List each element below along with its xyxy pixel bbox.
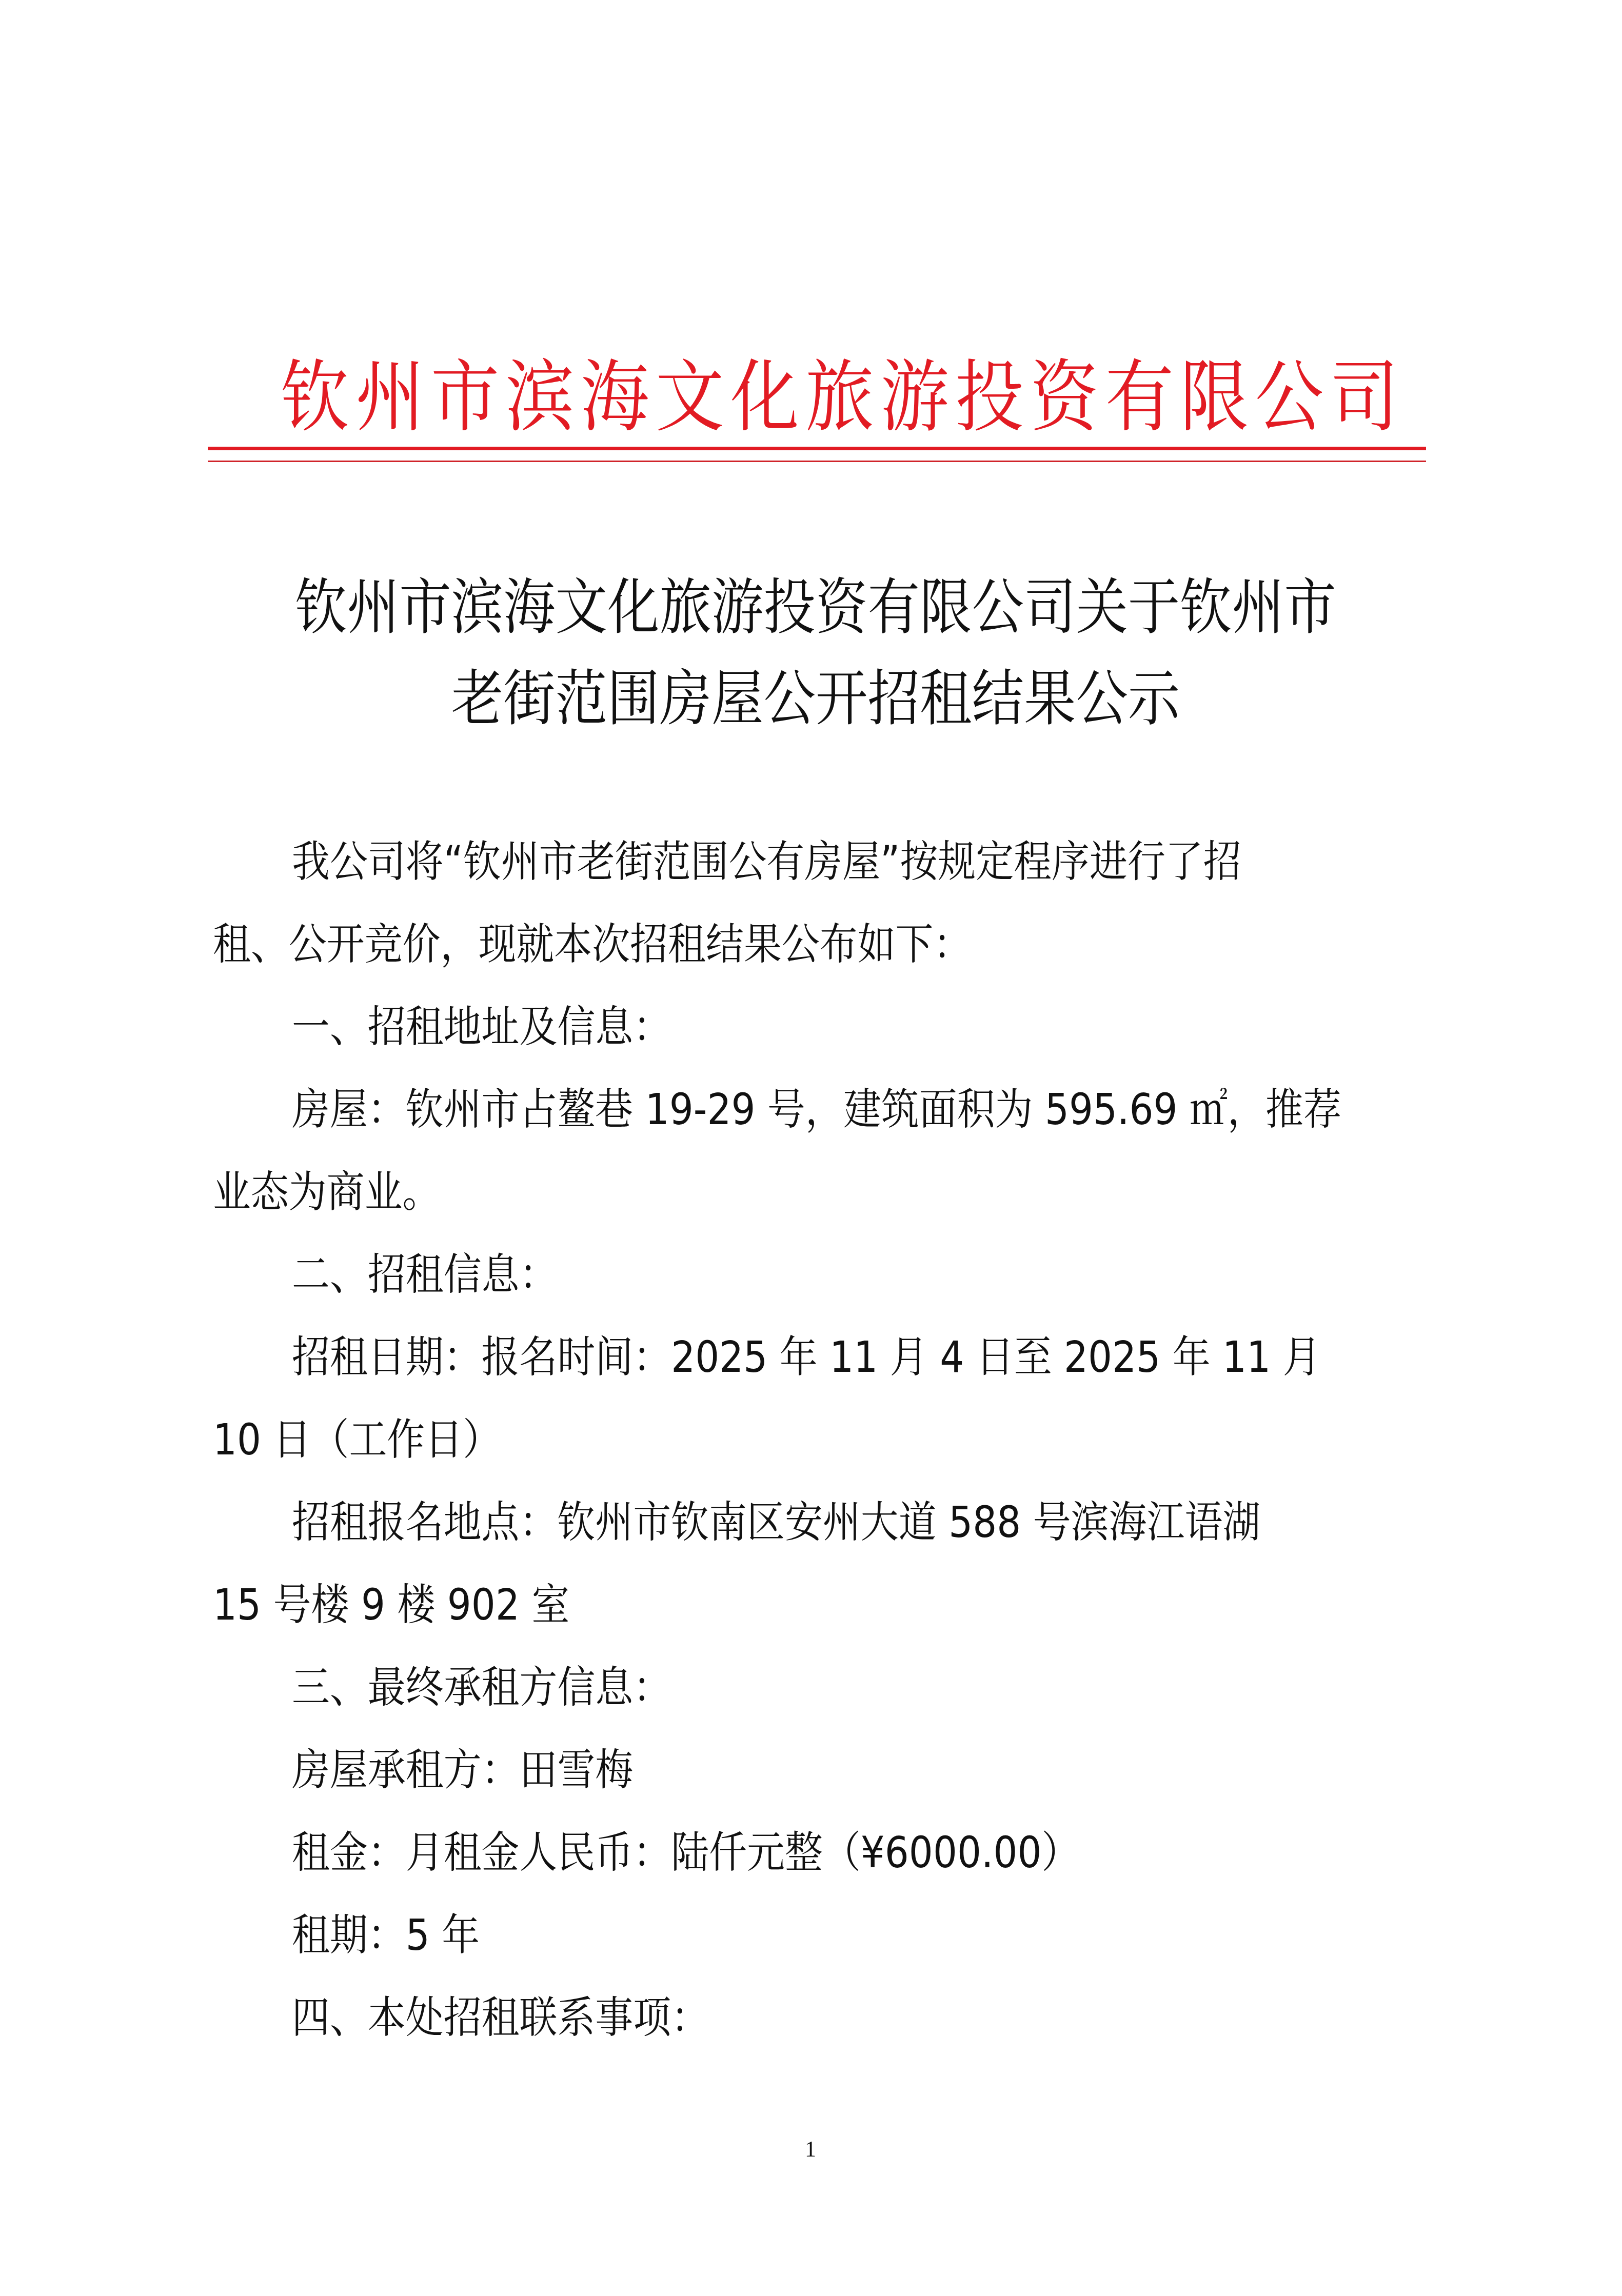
- house-info-line-2: 业态为商业。: [213, 1151, 1287, 1233]
- section-2-heading: 二、招租信息：: [213, 1233, 1287, 1316]
- letterhead: 钦州市滨海文化旅游投资有限公司: [208, 354, 1426, 441]
- section-3-heading: 三、最终承租方信息：: [213, 1646, 1287, 1729]
- house-info-line-1: 房屋：钦州市占鳌巷 19-29 号，建筑面积为 595.69 ㎡，推荐: [213, 1068, 1287, 1151]
- tenant-line: 房屋承租方：田雪梅: [213, 1729, 1287, 1811]
- letterhead-rule-thin: [208, 461, 1426, 462]
- document-title-line-2: 老街范围房屋公开招租结果公示: [286, 653, 1345, 744]
- intro-paragraph-line-1: 我公司将“钦州市老街范围公有房屋”按规定程序进行了招: [213, 821, 1287, 903]
- registration-location-line-1: 招租报名地点：钦州市钦南区安州大道 588 号滨海江语湖: [213, 1481, 1287, 1564]
- document-body: 我公司将“钦州市老街范围公有房屋”按规定程序进行了招 租、公开竞价，现就本次招租…: [213, 821, 1434, 2059]
- rental-date-line-2: 10 日（工作日）: [213, 1399, 1287, 1481]
- rental-date-line-1: 招租日期：报名时间：2025 年 11 月 4 日至 2025 年 11 月: [213, 1316, 1287, 1399]
- section-4-heading: 四、本处招租联系事项：: [213, 1976, 1287, 2059]
- document-page: 钦州市滨海文化旅游投资有限公司 钦州市滨海文化旅游投资有限公司关于钦州市 老街范…: [0, 0, 1622, 2296]
- document-title-line-1: 钦州市滨海文化旅游投资有限公司关于钦州市: [286, 562, 1345, 653]
- rent-line: 租金：月租金人民币：陆仟元整（¥6000.00）: [213, 1811, 1287, 1894]
- intro-paragraph-line-2: 租、公开竞价，现就本次招租结果公布如下：: [213, 903, 1287, 986]
- lease-term-line: 租期：5 年: [213, 1894, 1287, 1976]
- page-number: 1: [800, 2136, 821, 2162]
- letterhead-rule-thick: [208, 447, 1426, 450]
- letterhead-company-name: 钦州市滨海文化旅游投资有限公司: [281, 354, 1353, 441]
- section-1-heading: 一、招租地址及信息：: [213, 986, 1287, 1068]
- registration-location-line-2: 15 号楼 9 楼 902 室: [213, 1564, 1287, 1646]
- document-title: 钦州市滨海文化旅游投资有限公司关于钦州市 老街范围房屋公开招租结果公示: [200, 562, 1431, 744]
